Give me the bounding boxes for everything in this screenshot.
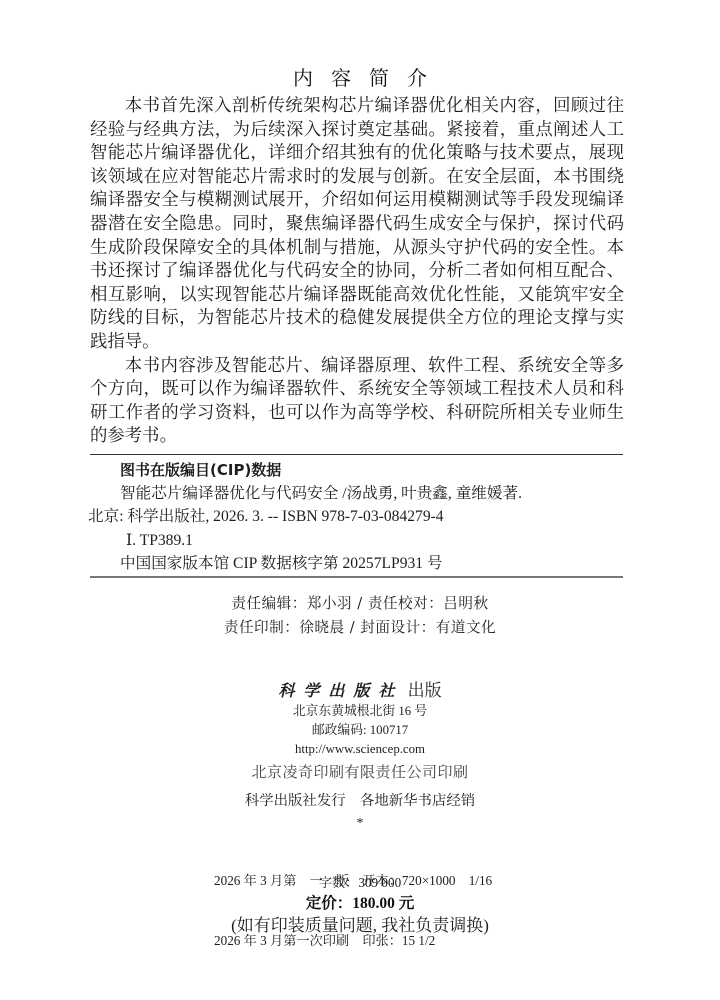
abstract-paragraph-1: 本书首先深入剖析传统架构芯片编译器优化相关内容，回顾过往经验与经典方法，为后续深… — [90, 95, 624, 355]
cip-bottom-divider — [90, 576, 623, 578]
publisher-address: 北京东黄城根北街 16 号 — [0, 702, 720, 721]
cip-number: 中国国家版本馆 CIP 数据核字第 20257LP931 号 — [88, 552, 628, 575]
publisher-line: 科学出版社 出版 — [0, 680, 720, 702]
abstract-paragraph-2: 本书内容涉及智能芯片、编译器原理、软件工程、系统安全等多个方向，既可以作为编译器… — [90, 355, 624, 449]
publisher-postcode: 邮政编码: 100717 — [0, 721, 720, 740]
editorial-credits: 责任编辑：郑小羽 / 责任校对：吕明秋 责任印制：徐晓晨 / 封面设计：有道文化 — [0, 592, 720, 640]
price: 定价：180.00 元 — [0, 893, 720, 915]
publisher-website: http://www.sciencep.com — [0, 740, 720, 759]
abstract-title: 内容简介 — [0, 62, 720, 91]
cip-heading: 图书在版编目(CIP)数据 — [88, 459, 628, 482]
cip-publish-line: 北京: 科学出版社, 2026. 3. -- ISBN 978-7-03-084… — [88, 505, 628, 528]
publisher-name: 科学出版社 — [278, 681, 403, 700]
printer-line: 北京凌奇印刷有限责任公司印刷 — [0, 759, 720, 785]
abstract-body: 本书首先深入剖析传统架构芯片编译器优化相关内容，回顾过往经验与经典方法，为后续深… — [90, 95, 624, 449]
replacement-note: (如有印装质量问题, 我社负责调换) — [0, 914, 720, 938]
publisher-block: 科学出版社 出版 北京东黄城根北街 16 号 邮政编码: 100717 http… — [0, 680, 720, 833]
cip-classification: Ⅰ. TP389.1 — [88, 529, 628, 552]
word-count: 字数：309 000 — [0, 873, 720, 893]
cip-title-line: 智能芯片编译器优化与代码安全 /汤战勇, 叶贵鑫, 童维媛著. — [88, 482, 628, 505]
publisher-suffix: 出版 — [408, 681, 442, 700]
distribution-line: 科学出版社发行 各地新华书店经销 — [0, 787, 720, 815]
copyright-page: 内容简介 本书首先深入剖析传统架构芯片编译器优化相关内容，回顾过往经验与经典方法… — [0, 0, 720, 1000]
credits-line-editors: 责任编辑：郑小羽 / 责任校对：吕明秋 — [0, 592, 720, 616]
credits-line-production: 责任印制：徐晓晨 / 封面设计：有道文化 — [0, 616, 720, 640]
cip-top-divider — [90, 454, 623, 455]
cip-block: 图书在版编目(CIP)数据 智能芯片编译器优化与代码安全 /汤战勇, 叶贵鑫, … — [88, 459, 628, 575]
